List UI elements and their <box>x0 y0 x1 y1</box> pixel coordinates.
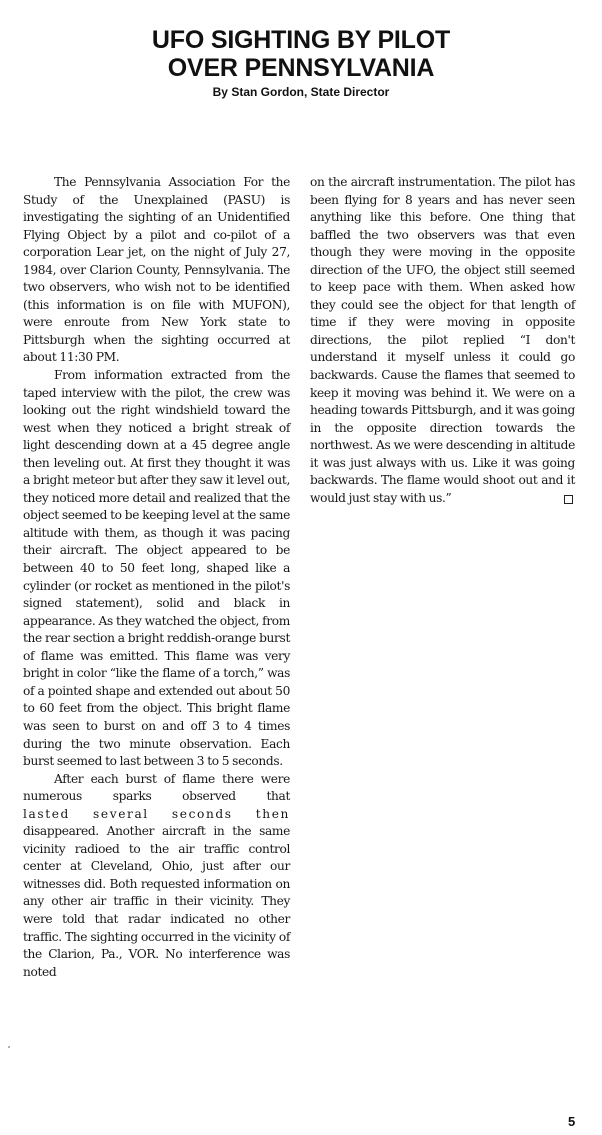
print-speck <box>8 1046 10 1048</box>
article-header: UFO SIGHTING BY PILOT OVER PENNSYLVANIA … <box>0 26 602 100</box>
paragraph-continued-text: on the aircraft instrumentation. The pil… <box>310 175 575 505</box>
paragraph-continued: on the aircraft instrumentation. The pil… <box>310 174 575 507</box>
article-title: UFO SIGHTING BY PILOT OVER PENNSYLVANIA <box>0 26 602 82</box>
paragraph-intro: The Pennsylvania Association For the Stu… <box>23 174 290 367</box>
paragraph-interview: From information extracted from the tape… <box>23 367 290 771</box>
end-of-article-square-icon <box>564 495 573 504</box>
title-line-2: OVER PENNSYLVANIA <box>168 54 435 82</box>
paragraph-sparks-cont: disappeared. Another aircraft in the sam… <box>23 823 290 981</box>
title-line-1: UFO SIGHTING BY PILOT <box>152 26 450 54</box>
right-column: on the aircraft instrumentation. The pil… <box>310 174 575 507</box>
page-number: 5 <box>568 1114 575 1129</box>
byline: By Stan Gordon, State Director <box>0 84 602 100</box>
paragraph-sparks: After each burst of flame there were num… <box>23 771 290 806</box>
paragraph-sparks-spaced-line: lasted several seconds then <box>23 806 290 824</box>
print-speck <box>322 325 324 327</box>
left-column: The Pennsylvania Association For the Stu… <box>23 174 290 981</box>
print-speck <box>25 640 27 642</box>
